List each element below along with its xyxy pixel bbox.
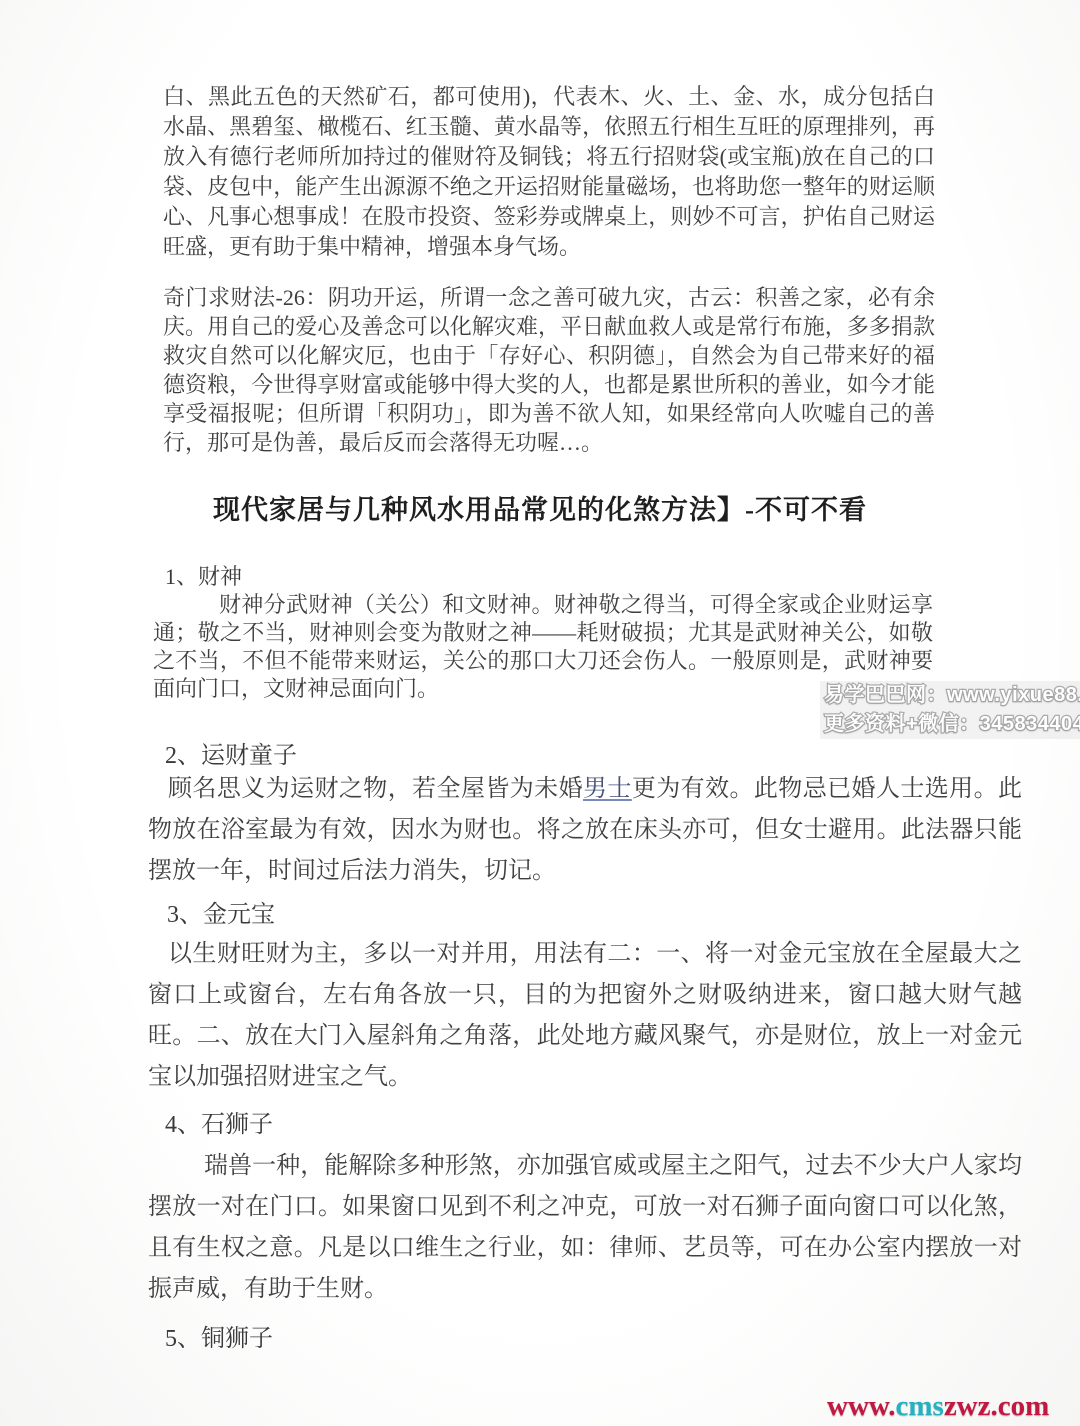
male-link[interactable]: 男士 <box>583 776 632 802</box>
section-heading-tongshizi: 5、铜狮子 <box>165 1318 273 1353</box>
section-heading-jinyuanbao: 3、金元宝 <box>167 894 275 929</box>
section-heading-yuncai-tongzi: 2、运财童子 <box>165 735 297 770</box>
footer-url-cms: cms <box>895 1390 943 1422</box>
paragraph-qimen-method-26: 奇门求财法-26：阴功开运，所谓一念之善可破九灾，古云：积善之家，必有余庆。用自… <box>163 283 935 457</box>
section-body-jinyuanbao: 以生财旺财为主，多以一对并用，用法有二：一、将一对金元宝放在全屋最大之窗口上或窗… <box>148 934 1022 1098</box>
section-body-yuncai-tongzi: 顾名思义为运财之物，若全屋皆为未婚男士更为有效。此物忌已婚人士选用。此物放在浴室… <box>148 769 1022 892</box>
section-body-shishizi: 瑞兽一种，能解除多种形煞，亦加强官威或屋主之阳气，过去不少大户人家均摆放一对在门… <box>148 1146 1022 1310</box>
footer-site-url: www.cmszwz.com <box>827 1390 1049 1423</box>
site-watermark: 易学巴巴网：www.yixue88.cn 更多资料+微信：3458344044 <box>820 681 1080 739</box>
paragraph-five-elements-wealth-bag: 白、黑此五色的天然矿石，都可使用)，代表木、火、土、金、水，成分包括白水晶、黑碧… <box>163 82 935 262</box>
footer-url-zwzcom: zwz.com <box>944 1390 1049 1422</box>
section2-text-pre: 顾名思义为运财之物，若全屋皆为未婚 <box>168 776 583 802</box>
scanned-document-page: { "page": { "paragraph1": "白、黑此五色的天然矿石，都… <box>0 0 1080 1426</box>
page-title: 现代家居与几种风水用品常见的化煞方法】-不可不看 <box>0 488 1080 527</box>
watermark-wechat-line: 更多资料+微信：3458344044 <box>820 710 1080 739</box>
section-body-caishen: 财神分武财神（关公）和文财神。财神敬之得当，可得全家或企业财运享通；敬之不当，财… <box>153 591 933 703</box>
watermark-site-line: 易学巴巴网：www.yixue88.cn <box>820 681 1080 710</box>
section-heading-caishen: 1、财神 <box>165 560 242 591</box>
section-heading-shishizi: 4、石狮子 <box>165 1104 273 1139</box>
footer-url-www: www. <box>827 1390 895 1422</box>
